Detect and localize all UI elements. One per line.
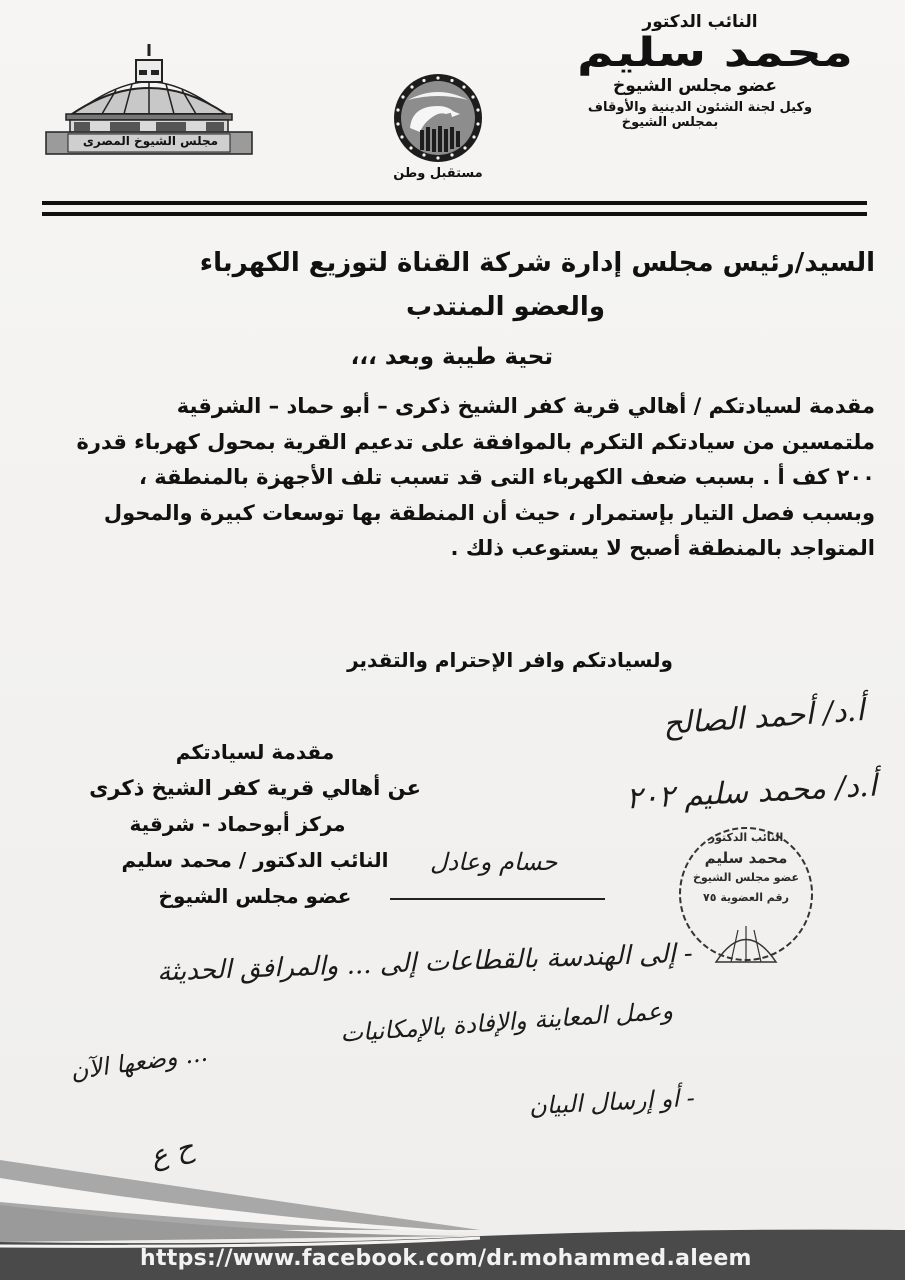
letter-body: مقدمة لسيادتكم / أهالي قرية كفر الشيخ ذك… bbox=[95, 389, 875, 567]
signature-line: مركز أبوحماد - شرقية bbox=[80, 806, 395, 842]
sender-committee: وكيل لجنة الشئون الدينية والأوقاف bbox=[565, 100, 835, 115]
handwritten-margin-note: - إلى الهندسة بالقطاعات إلى ... والمرافق… bbox=[157, 939, 694, 988]
sender-title: النائب الدكتور bbox=[565, 12, 835, 32]
letterhead-divider-bottom bbox=[42, 212, 867, 216]
senate-logo-label: مجلس الشيوخ المصرى bbox=[68, 132, 233, 150]
document-page: النائب الدكتور محمد سليم عضو مجلس الشيوخ… bbox=[0, 0, 905, 1280]
signature-line: عن أهالي قرية كفر الشيخ ذكرى bbox=[80, 770, 430, 806]
closing-salutation: ولسيادتكم وافر الإحترام والتقدير bbox=[347, 648, 673, 672]
party-logo: مستقبل وطن bbox=[388, 70, 488, 181]
handwritten-name-top: أ.د/ أحمد الصالح bbox=[662, 693, 865, 742]
signature-line: النائب الدكتور / محمد سليم bbox=[80, 842, 430, 878]
addressee-line-1: السيد/رئيس مجلس إدارة شركة القناة لتوزيع… bbox=[200, 248, 875, 278]
eagle-emblem-icon bbox=[390, 70, 486, 166]
signature-line: مقدمة لسيادتكم bbox=[80, 734, 430, 770]
body-line: المتواجد بالمنطقة أصبح لا يستوعب ذلك . bbox=[95, 531, 875, 567]
party-name: مستقبل وطن bbox=[388, 166, 488, 181]
stamp-text: النائب الدكتور محمد سليم عضو مجلس الشيوخ… bbox=[676, 828, 816, 908]
addressee-line-2: والعضو المنتدب bbox=[406, 292, 605, 322]
handwritten-margin-note: وعمل المعاينة والإفادة بالإمكانيات bbox=[339, 996, 673, 1047]
signature-block: مقدمة لسيادتكم عن أهالي قرية كفر الشيخ ذ… bbox=[80, 734, 430, 914]
stamp-line: محمد سليم bbox=[676, 848, 816, 868]
body-line: وبسبب فصل التيار بإستمرار ، حيث أن المنط… bbox=[95, 496, 875, 532]
stamp-line: رقم العضوية ٧٥ bbox=[676, 888, 816, 908]
greeting: تحية طيبة وبعد ،،، bbox=[351, 344, 553, 370]
stamp-line: عضو مجلس الشيوخ bbox=[676, 868, 816, 888]
sender-membership: عضو مجلس الشيوخ bbox=[565, 76, 825, 96]
letterhead-divider-top bbox=[42, 201, 867, 205]
handwritten-margin-note: - أو إرسال البيان bbox=[529, 1084, 696, 1121]
letterhead-sender-block: النائب الدكتور محمد سليم عضو مجلس الشيوخ… bbox=[565, 12, 865, 130]
sender-name: محمد سليم bbox=[528, 32, 903, 74]
sender-council: بمجلس الشيوخ bbox=[565, 115, 775, 130]
facebook-url-link[interactable]: https://www.facebook.com/dr.mohammed.ale… bbox=[140, 1246, 752, 1271]
body-line: مقدمة لسيادتكم / أهالي قرية كفر الشيخ ذك… bbox=[95, 389, 875, 425]
handwritten-name: حسام وعادل bbox=[430, 848, 557, 876]
handwritten-underline bbox=[390, 898, 605, 900]
stamp-line: النائب الدكتور bbox=[676, 828, 816, 848]
signature-line: عضو مجلس الشيوخ bbox=[80, 878, 430, 914]
handwritten-margin-note: ... وضعها الآن bbox=[69, 1039, 210, 1086]
body-line: ٢٠٠ كف أ . بسبب ضعف الكهرباء التى قد تسب… bbox=[95, 460, 875, 496]
handwritten-signature: أ.د/ محمد سليم ٢٠٢ bbox=[625, 768, 877, 816]
body-line: ملتمسين من سيادتكم التكرم بالموافقة على … bbox=[95, 425, 875, 461]
